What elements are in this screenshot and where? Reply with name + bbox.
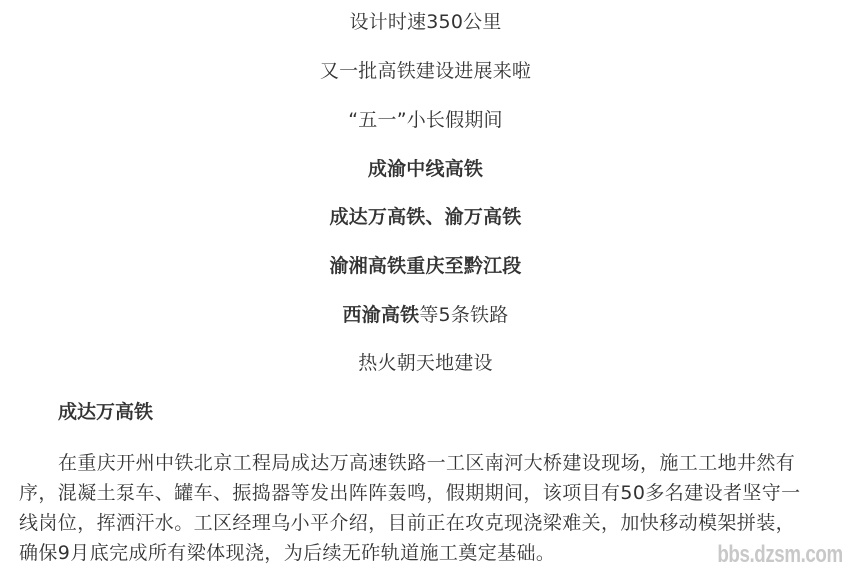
railway-chengyu-middle: 成渝中线高铁 <box>0 157 851 181</box>
paragraph-line: 线岗位，挥洒汗水。工区经理乌小平介绍，目前正在攻克现浇梁难关，加快移动模架拼装， <box>19 508 839 538</box>
railway-count-text: 等5条铁路 <box>419 304 508 326</box>
section-heading: 成达万高铁 <box>58 400 153 424</box>
paragraph-line: 确保9月底完成所有梁体现浇，为后续无砟轨道施工奠定基础。 <box>19 538 839 568</box>
intro-line-speed: 设计时速350公里 <box>0 10 851 34</box>
railway-xiyu-line: 西渝高铁等5条铁路 <box>0 303 851 327</box>
railway-chengdawan-yuwan: 成达万高铁、渝万高铁 <box>0 205 851 229</box>
intro-line-holiday: “五一”小长假期间 <box>0 108 851 132</box>
section-paragraph: 在重庆开州中铁北京工程局成达万高速铁路一工区南河大桥建设现场，施工工地井然有 序… <box>19 448 839 568</box>
paragraph-line: 在重庆开州中铁北京工程局成达万高速铁路一工区南河大桥建设现场，施工工地井然有 <box>19 448 839 478</box>
intro-line-progress: 又一批高铁建设进展来啦 <box>0 59 851 83</box>
paragraph-line: 序，混凝土泵车、罐车、振捣器等发出阵阵轰鸣，假期期间，该项目有50多名建设者坚守… <box>19 478 839 508</box>
railway-yuxiang: 渝湘高铁重庆至黔江段 <box>0 254 851 278</box>
railway-xiyu-bold: 西渝高铁 <box>343 304 420 326</box>
watermark: bbs.dzsm.com <box>718 541 843 569</box>
closing-line: 热火朝天地建设 <box>0 351 851 375</box>
